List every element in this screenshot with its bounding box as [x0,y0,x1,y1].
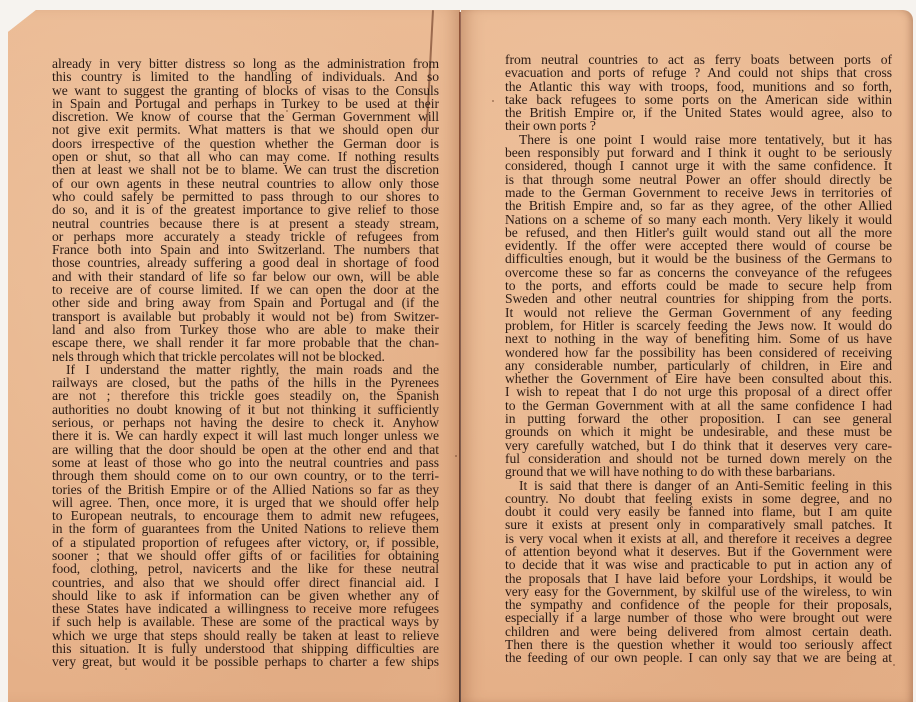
text-line: there it is. We can hardly expect it wil… [52,429,439,442]
text-line: food, clothing, petrol, navicerts and th… [52,562,439,575]
text-line: some at least of those who go into the n… [52,456,439,469]
text-line: tories of the British Empire or of the A… [52,483,439,496]
text-line: in putting forward the other proposition… [505,412,892,425]
text-line: sure it exists at present only in compar… [505,518,892,531]
text-line: those countries, already suffering a goo… [52,256,439,269]
text-line: escape there, we shall render it far mor… [52,336,439,349]
text-line: doors irrespective of the question wheth… [52,137,439,150]
text-line: of our own agents in these neutral count… [52,177,439,190]
text-line: evidently. If the offer were accepted th… [505,239,892,252]
text-line: is that through some neutral Power an of… [505,173,892,186]
paper-speck [492,100,494,102]
text-line: railways are closed, but the paths of th… [52,376,439,389]
text-line: Then there is the question whether it wo… [505,638,892,651]
text-line: any considerable number, particularly of… [505,359,892,372]
text-line: to the German Government with at all the… [505,399,892,412]
text-line: if such help is available. These are som… [52,615,439,628]
text-line: I wish to repeat that I do not urge this… [505,385,892,398]
text-line: serious, or perhaps not having the desir… [52,416,439,429]
left-page-text: already in very bitter distress so long … [52,57,439,669]
text-line: the proposals that I have laid before yo… [505,572,892,585]
text-line: It is said that there is danger of an An… [505,479,892,492]
text-line: take back refugees to some ports on the … [505,93,892,106]
text-line: very great, but would it be possible per… [52,655,439,668]
page-gutter [459,12,461,702]
text-line: children and were being delivered from a… [505,625,892,638]
text-line: this country is limited to the handling … [52,70,439,83]
text-line: transport is available but probably it w… [52,310,439,323]
text-line: are not ; therefore this trickle goes st… [52,389,439,402]
text-line: ground that we will have nothing to do w… [505,465,892,478]
text-line: who could safely be permitted to pass th… [52,190,439,203]
text-line: the British Empire or, if the United Sta… [505,106,892,119]
text-line: not give exit permits. What matters is t… [52,123,439,136]
text-line: very carefully watched, but I do think t… [505,439,892,452]
text-line: France both into Spain and into Switzerl… [52,243,439,256]
text-line: Nations on a scheme of so many each mont… [505,213,892,226]
text-line: this situation. It is fully understood t… [52,642,439,655]
text-line: been responsibly put forward and I think… [505,146,892,159]
text-line: open or shut, so that all who can may co… [52,150,439,163]
text-line: in Spain and Portugal and perhaps in Tur… [52,97,439,110]
text-line: problem, for Hitler is scarcely feeding … [505,319,892,332]
text-line: Sweden and other neutral countries for s… [505,292,892,305]
text-line: overcome these so far as concerns the co… [505,266,892,279]
text-line: the sympathy and confidence of the peopl… [505,598,892,611]
text-line: considered, though I cannot urge it with… [505,159,892,172]
text-line: will agree. Then, once more, it is urged… [52,496,439,509]
text-line: countries, and also that we should offer… [52,576,439,589]
text-line: ful consideration and should not be turn… [505,452,892,465]
text-line: to the ports, and efforts could be made … [505,279,892,292]
text-line: grounds on which it might be undesirable… [505,425,892,438]
text-line: country. No doubt that feeling exists in… [505,492,892,505]
text-line: There is one point I would raise more te… [505,133,892,146]
text-line: difficulties enough, but it would be the… [505,252,892,265]
text-line: and with their standard of life so far b… [52,270,439,283]
text-line: If I understand the matter rightly, the … [52,363,439,376]
text-line: very easy for the Government, by skilful… [505,585,892,598]
text-line: the Atlantic this way with troops, food,… [505,80,892,93]
text-line: especially if a large number of those wh… [505,611,892,624]
text-line: of a stipulated proportion of refugees a… [52,536,439,549]
text-line: we want to suggest the granting of block… [52,84,439,97]
text-line: nels through which that trickle percolat… [52,350,439,363]
text-line: in the form of guarantees from the Unite… [52,522,439,535]
text-line: these States have indicated a willingnes… [52,602,439,615]
text-line: the British Empire and, so far as they a… [505,199,892,212]
text-line: already in very bitter distress so long … [52,57,439,70]
text-line: whether the Government of Eire have been… [505,372,892,385]
text-line: doubt it could very easily be fanned int… [505,505,892,518]
text-line: neutral countries because there is at pr… [52,217,439,230]
text-line: authorities no doubt knowing of it but n… [52,403,439,416]
paper-speck [893,664,895,666]
text-line: to European neutrals, to encourage them … [52,509,439,522]
text-line: sooner ; that we should offer gifts of o… [52,549,439,562]
booklet-spread: already in very bitter distress so long … [0,0,916,702]
text-line: the feeding of our own people. I can onl… [505,651,892,664]
right-page-text: from neutral countries to act as ferry b… [505,53,892,665]
text-line: which we urge that steps should really b… [52,629,439,642]
text-line: evacuation and ports of refuge ? And cou… [505,66,892,79]
text-line: or perhaps more accurately a steady tric… [52,230,439,243]
text-line: discretion. We know of course that the G… [52,110,439,123]
text-line: do so, and it is of the greatest importa… [52,203,439,216]
text-line: their own ports ? [505,119,892,132]
text-line: to decide that it was wise and practicab… [505,558,892,571]
text-line: land and also from Turkey those who are … [52,323,439,336]
text-line: then at least we shall not be to blame. … [52,163,439,176]
text-line: be refused, and then Hitler's guilt woul… [505,226,892,239]
text-line: is very vocal when it exists at all, and… [505,532,892,545]
text-line: wondered how far the possibility has bee… [505,346,892,359]
text-line: to receive are of course limited. If we … [52,283,439,296]
text-line: made to the German Government to receive… [505,186,892,199]
paper-speck [455,455,457,457]
text-line: through them should come on to our own c… [52,469,439,482]
text-line: should like to ask if information can be… [52,589,439,602]
text-line: It would not relieve the German Governme… [505,306,892,319]
text-line: of attention beyond what it deserves. Bu… [505,545,892,558]
text-line: are willing that the door should be open… [52,443,439,456]
text-line: next to nothing in the way of benefiting… [505,332,892,345]
text-line: other side and bring away from Spain and… [52,296,439,309]
text-line: from neutral countries to act as ferry b… [505,53,892,66]
